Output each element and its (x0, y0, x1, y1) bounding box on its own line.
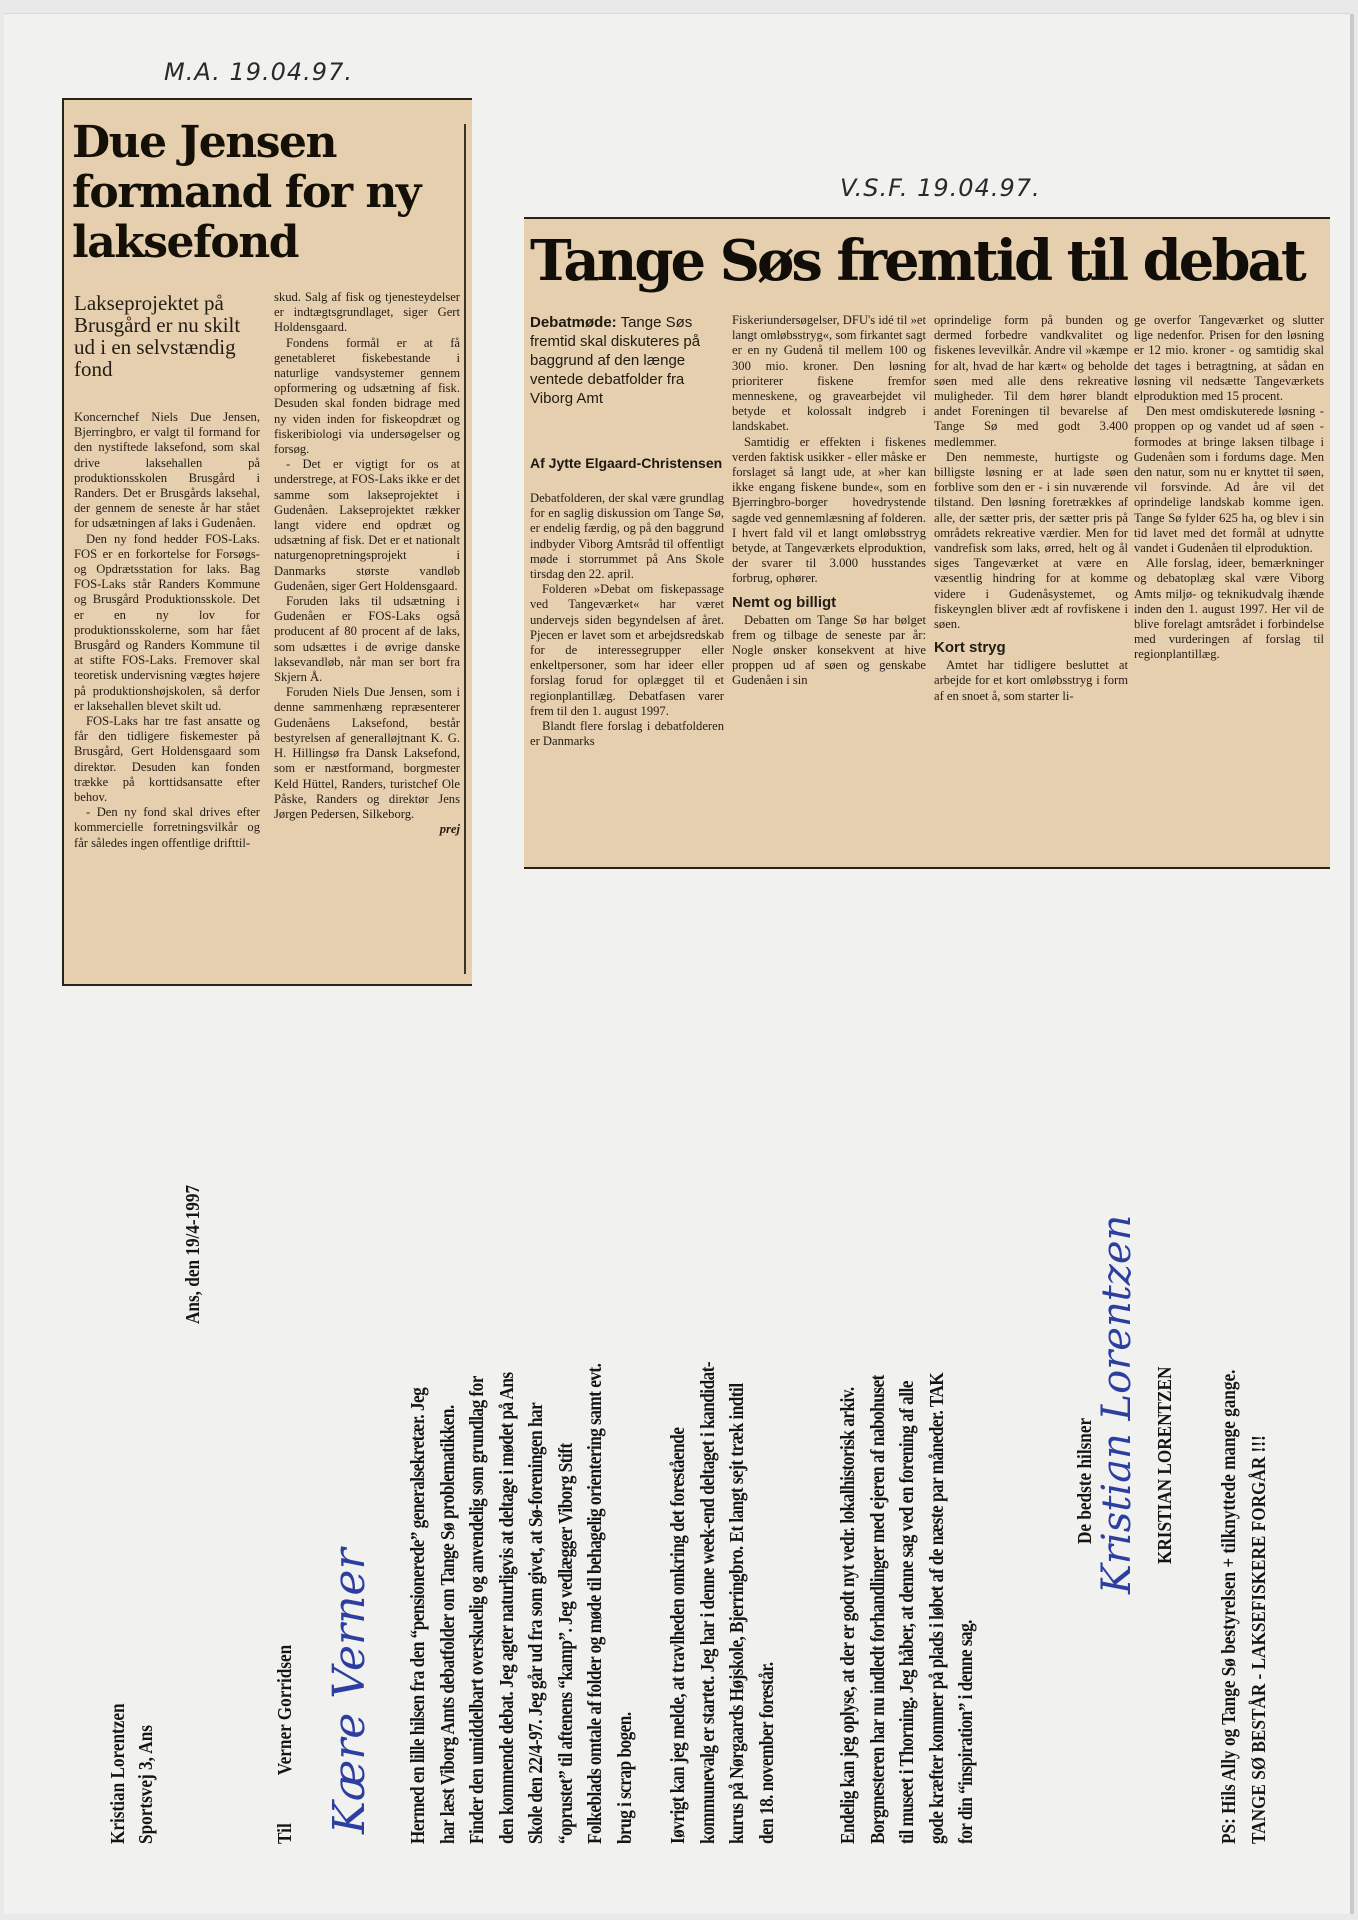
scrapbook-page: M.A. 19.04.97. Due Jensen formand for ny… (4, 14, 1350, 1914)
page-edge (1350, 14, 1354, 1914)
clipping2-column3: oprindelige form på bunden og dermed for… (934, 313, 1128, 704)
clipping2-author: Af Jytte Elgaard-Christensen (530, 455, 726, 471)
text-line: gode kræfter kommer på plads i løbet af … (923, 1373, 953, 1844)
text-line: for din “inspiration” i denne sag. (952, 1373, 982, 1844)
column-rule (464, 124, 466, 974)
sender-name: Kristian Lorentzen (104, 1703, 132, 1844)
text-line: har læst Viborg Amts debatfolder om Tang… (434, 1364, 464, 1844)
recipient-prefix: Til (274, 1775, 297, 1844)
text-line: Iøvrigt kan jeg melde, at travlheden omk… (664, 1362, 694, 1844)
paragraph: Alle forslag, ideer, bemærkninger og deb… (1134, 556, 1324, 662)
text-line: den 18. november forestår. (753, 1362, 783, 1844)
clipping1-byline: prej (274, 822, 460, 837)
paragraph: Foruden Niels Due Jensen, som i denne sa… (274, 685, 460, 822)
recipient-name: Verner Gorridsen (274, 1645, 296, 1775)
clipping-tange-so: Tange Søs fremtid til debat Debatmøde: T… (524, 217, 1330, 869)
letter-signature-printed: KRISTIAN LORENTZEN (1154, 1367, 1177, 1564)
sender-address: Sportsvej 3, Ans (132, 1703, 160, 1844)
paragraph: - Det er vigtigt for os at understrege, … (274, 457, 460, 594)
paragraph: skud. Salg af fisk og tjenesteydelser er… (274, 290, 460, 336)
lead-label: Debatmøde: (530, 314, 617, 331)
paragraph: Fiskeriundersøgelser, DFU's idé til »et … (732, 313, 926, 435)
letter-recipient: TilVerner Gorridsen (274, 1645, 297, 1844)
paragraph: Blandt flere forslag i debatfolderen er … (530, 719, 724, 749)
letter-postscript: PS: Hils Ally og Tange Sø bestyrelsen + … (1214, 1370, 1274, 1844)
paragraph: Den ny fond hedder FOS-Laks. FOS er en f… (74, 532, 260, 714)
text-line: Skole den 22/4-97. Jeg går ud fra som gi… (522, 1364, 552, 1844)
paragraph: Debatten om Tange Sø har bølget frem og … (732, 613, 926, 689)
text-line: Endelig kan jeg oplyse, at der er godt n… (834, 1373, 864, 1844)
paragraph: Debatfolderen, der skal være grundlag fo… (530, 491, 724, 582)
letter-paragraph-3: Endelig kan jeg oplyse, at der er godt n… (834, 1373, 982, 1844)
text-line: til museet i Thorning. Jeg håber, at den… (893, 1373, 923, 1844)
clipping2-source-note: V.S.F. 19.04.97. (840, 174, 1041, 202)
handwritten-signature: Kristian Lorentzen (1094, 1215, 1140, 1594)
text-line: “oprustet” til aftenens “kamp”. Jeg vedl… (552, 1364, 582, 1844)
paragraph: - Den ny fond skal drives efter kommerci… (74, 805, 260, 851)
text-line: Hermed en lille hilsen fra den “pensione… (404, 1364, 434, 1844)
paragraph: Foruden laks til udsætning i Gudenåen er… (274, 594, 460, 685)
paragraph: Koncernchef Niels Due Jensen, Bjerringbr… (74, 410, 260, 532)
subheading-kort-stryg: Kort stryg (934, 638, 1128, 658)
text-line: kurus på Nørgaards Højskole, Bjerringbro… (723, 1362, 753, 1844)
paragraph: Samtidig er effekten i fiskenes verden f… (732, 435, 926, 587)
subheading-nemt-og-billigt: Nemt og billigt (732, 593, 926, 613)
text-line: brug i scrap bogen. (611, 1364, 641, 1844)
text-line: den kommende debat. Jeg agter naturligvi… (493, 1364, 523, 1844)
paragraph: Amtet har tidligere besluttet at arbejde… (934, 658, 1128, 704)
clipping1-column2: skud. Salg af fisk og tjenesteydelser er… (274, 290, 460, 837)
ps-slogan: TANGE SØ BESTÅR - LAKSEFISKERE FORGÅR !!… (1244, 1370, 1274, 1844)
clipping2-column4: ge overfor Tangeværket og slutter lige n… (1134, 313, 1324, 663)
letter-paragraph-2: Iøvrigt kan jeg melde, at travlheden omk… (664, 1362, 782, 1844)
paragraph: Folderen »Debat om fiskepassage ved Tang… (530, 582, 724, 719)
clipping2-column1: Debatfolderen, der skal være grundlag fo… (530, 491, 724, 749)
letter: Kristian Lorentzen Sportsvej 3, Ans Ans,… (104, 1084, 1304, 1844)
letter-sender: Kristian Lorentzen Sportsvej 3, Ans (104, 1703, 160, 1844)
clipping1-column1: Koncernchef Niels Due Jensen, Bjerringbr… (74, 410, 260, 851)
clipping1-source-note: M.A. 19.04.97. (164, 58, 353, 86)
clipping2-column2: Fiskeriundersøgelser, DFU's idé til »et … (732, 313, 926, 689)
clipping1-headline: Due Jensen formand for ny laksefond (72, 118, 452, 268)
clipping2-lead: Debatmøde: Tange Søs fremtid skal diskut… (530, 313, 726, 408)
handwritten-salutation: Kære Verner (324, 1548, 375, 1834)
text-line: Folkeblads omtale af folder og møde til … (581, 1364, 611, 1844)
letter-date: Ans, den 19/4-1997 (182, 1185, 205, 1324)
paragraph: Den mest omdiskuterede løsning - proppen… (1134, 404, 1324, 556)
text-line: Finder den umiddelbart overskuelig og an… (463, 1364, 493, 1844)
letter-paragraph-1: Hermed en lille hilsen fra den “pensione… (404, 1364, 640, 1844)
paragraph: Fondens formål er at få genetableret fis… (274, 336, 460, 458)
clipping-due-jensen: Due Jensen formand for ny laksefond Laks… (62, 98, 472, 986)
paragraph: FOS-Laks har tre fast ansatte og får den… (74, 714, 260, 805)
text-line: Borgmesteren har nu indledt forhandlinge… (864, 1373, 894, 1844)
paragraph: Den nemmeste, hurtigste og billigste løs… (934, 450, 1128, 632)
ps-line: PS: Hils Ally og Tange Sø bestyrelsen + … (1214, 1370, 1244, 1844)
clipping1-subheadline: Lakseprojektet på Brusgård er nu skilt u… (74, 292, 264, 380)
clipping2-headline: Tange Søs fremtid til debat (530, 229, 1330, 293)
text-line: kommunevalg er startet. Jeg har i denne … (694, 1362, 724, 1844)
paragraph: ge overfor Tangeværket og slutter lige n… (1134, 313, 1324, 404)
paragraph: oprindelige form på bunden og dermed for… (934, 313, 1128, 450)
